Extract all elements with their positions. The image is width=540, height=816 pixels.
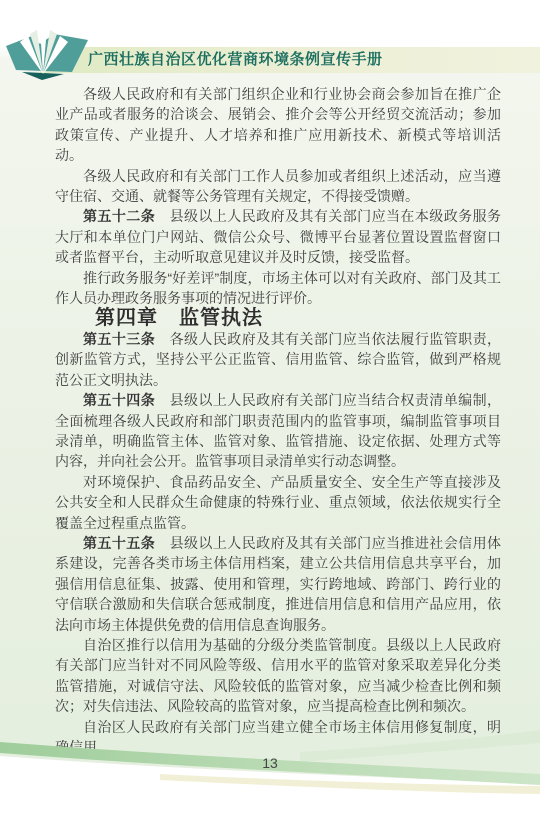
body-paragraph: 第五十五条 县级以上人民政府及其有关部门应当推进社会信用体系建设，完善各类市场主… [55,533,501,635]
body-paragraph: 各级人民政府和有关部门工作人员参加或者组织上述活动，应当遵守住宿、交通、就餐等公… [55,166,501,207]
body-paragraph: 各级人民政府和有关部门组织企业和行业协会商会参加旨在推广企业产品或者服务的洽谈会… [55,84,501,166]
article-number: 第五十四条 [83,392,170,408]
paragraph-text: 对环境保护、食品药品安全、产品质量安全、安全生产等直接涉及公共安全和人民群众生命… [55,474,501,531]
open-book-logo-icon [6,28,88,80]
paragraph-text: 各级人民政府和有关部门组织企业和行业协会商会参加旨在推广企业产品或者服务的洽谈会… [55,86,501,163]
paragraph-text: 各级人民政府和有关部门工作人员参加或者组织上述活动，应当遵守住宿、交通、就餐等公… [55,168,501,204]
paragraph-text: 自治区推行以信用为基础的分级分类监管制度。县级以上人民政府有关部门应当针对不同风… [55,637,501,714]
body-paragraph: 自治区推行以信用为基础的分级分类监管制度。县级以上人民政府有关部门应当针对不同风… [55,635,501,717]
handbook-title: 广西壮族自治区优化营商环境条例宣传手册 [88,47,383,73]
article-number: 第五十五条 [83,535,170,551]
paragraph-text: 推行政务服务“好差评”制度，市场主体可以对有关政府、部门及其工作人员办理政务服务… [55,270,501,306]
body-paragraph: 推行政务服务“好差评”制度，市场主体可以对有关政府、部门及其工作人员办理政务服务… [55,268,501,309]
page-number: 13 [0,755,540,771]
body-paragraph: 对环境保护、食品药品安全、产品质量安全、安全生产等直接涉及公共安全和人民群众生命… [55,472,501,533]
article-number: 第五十二条 [83,208,170,224]
body-paragraph: 第五十二条 县级以上人民政府及其有关部门应当在本级政务服务大厅和本单位门户网站、… [55,206,501,267]
article-number: 第五十三条 [83,331,170,347]
body-paragraph: 第五十三条 各级人民政府及其有关部门应当依法履行监管职责，创新监管方式，坚持公平… [55,329,501,390]
document-body: 各级人民政府和有关部门组织企业和行业协会商会参加旨在推广企业产品或者服务的洽谈会… [55,84,501,757]
body-paragraph: 第五十四条 县级以上人民政府有关部门应当结合权责清单编制，全面梳理各级人民政府和… [55,390,501,472]
chapter-heading: 第四章 监管执法 [55,308,501,328]
